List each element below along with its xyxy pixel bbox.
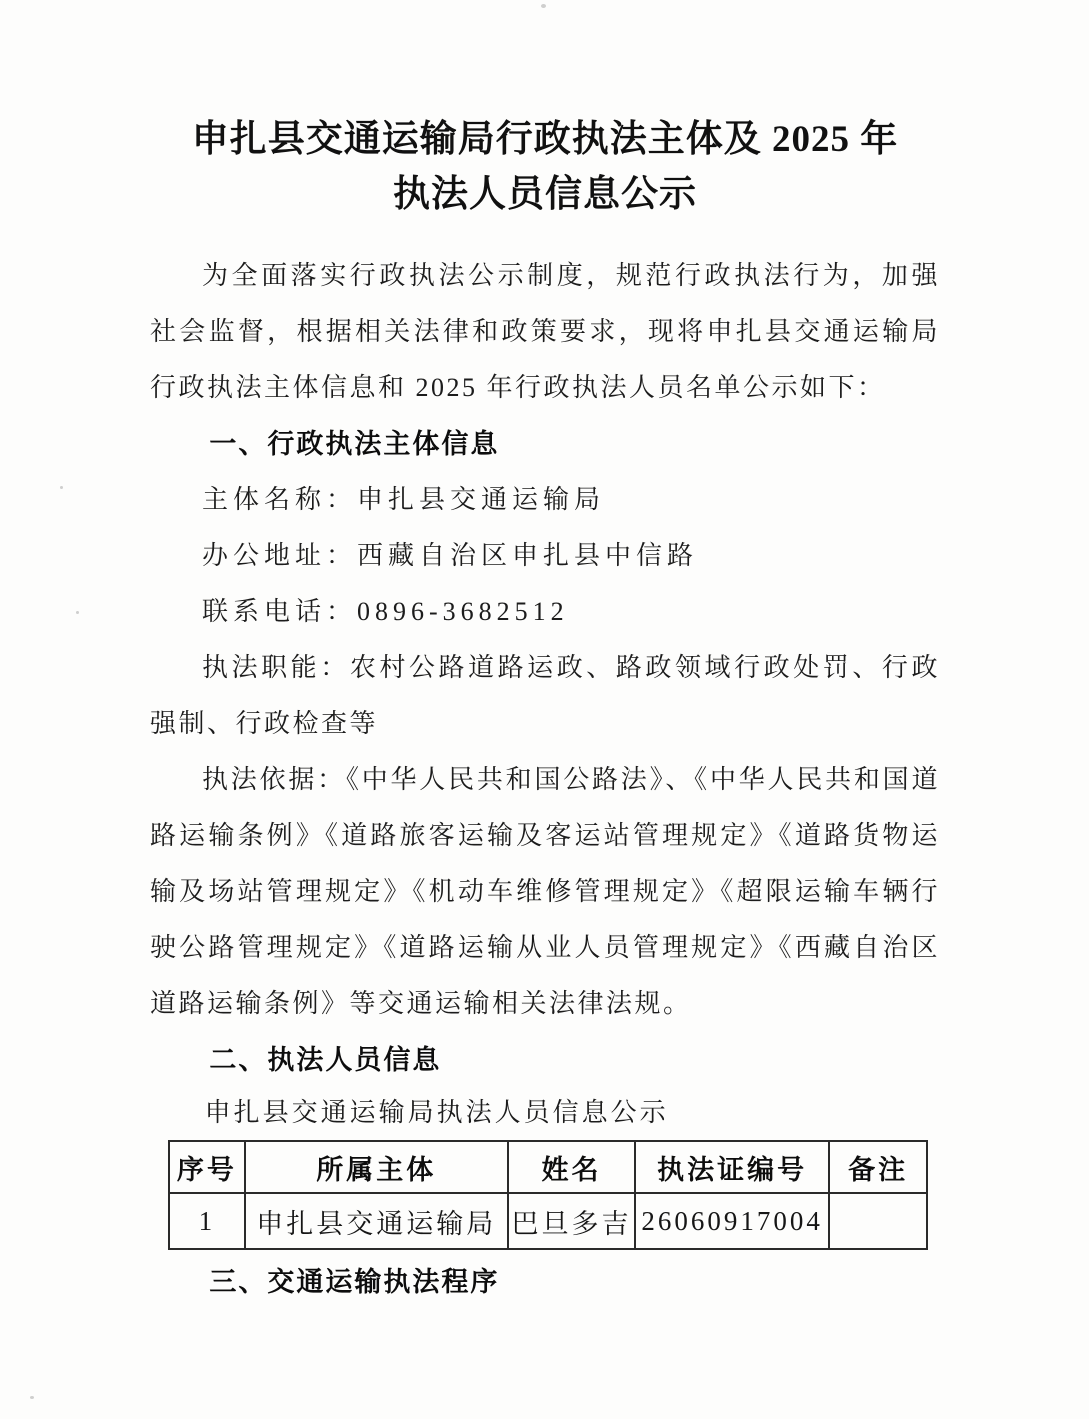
cell-name: 巴旦多吉 [508, 1193, 635, 1249]
cell-serial-number: 1 [169, 1193, 245, 1249]
field-value: 0896-3682512 [357, 597, 569, 626]
scan-speck [76, 611, 79, 614]
header-subject: 所属主体 [245, 1141, 508, 1193]
section2-heading: 二、执法人员信息 [150, 1032, 940, 1088]
scanned-document-page: { "document": { "title": { "line1": "申扎县… [0, 0, 1089, 1419]
intro-paragraph: 为全面落实行政执法公示制度，规范行政执法行为，加强社会监督，根据相关法律和政策要… [150, 248, 940, 416]
field-value: 《中华人民共和国公路法》、《中华人民共和国道路运输条例》《道路旅客运输及客运站管… [150, 765, 940, 1018]
field-value: 申扎县交通运输局 [357, 485, 605, 514]
field-label: 联系电话： [202, 597, 357, 626]
field-label: 执法职能： [202, 653, 350, 682]
field-label: 主体名称： [202, 485, 357, 514]
header-remark: 备注 [829, 1141, 927, 1193]
header-name: 姓名 [508, 1141, 635, 1193]
cell-certificate-number: 26060917004 [635, 1193, 829, 1249]
header-certificate-number: 执法证编号 [635, 1141, 829, 1193]
scan-speck [60, 486, 63, 489]
scan-speck [30, 1396, 34, 1399]
document-title-line1: 申扎县交通运输局行政执法主体及 2025 年 [150, 112, 940, 167]
scan-speck [541, 4, 546, 8]
table-row: 1 申扎县交通运输局 巴旦多吉 26060917004 [169, 1193, 927, 1249]
field-law-enforcement-functions: 执法职能：农村公路道路运政、路政领域行政处罚、行政强制、行政检查等 [150, 640, 940, 752]
section3-heading: 三、交通运输执法程序 [150, 1254, 940, 1310]
field-contact-phone: 联系电话：0896-3682512 [150, 584, 940, 640]
table-header-row: 序号 所属主体 姓名 执法证编号 备注 [169, 1141, 927, 1193]
field-subject-name: 主体名称：申扎县交通运输局 [150, 472, 940, 528]
personnel-table: 序号 所属主体 姓名 执法证编号 备注 1 申扎县交通运输局 巴旦多吉 2606… [168, 1140, 928, 1250]
field-label: 办公地址： [202, 541, 357, 570]
section1-heading: 一、行政执法主体信息 [150, 416, 940, 472]
document-title-line2: 执法人员信息公示 [150, 167, 940, 222]
document-body: 申扎县交通运输局行政执法主体及 2025 年 执法人员信息公示 为全面落实行政执… [150, 112, 940, 1310]
document-title: 申扎县交通运输局行政执法主体及 2025 年 执法人员信息公示 [150, 112, 940, 222]
cell-remark [829, 1193, 927, 1249]
field-label: 执法依据： [202, 765, 346, 794]
cell-subject: 申扎县交通运输局 [245, 1193, 508, 1249]
field-law-enforcement-basis: 执法依据：《中华人民共和国公路法》、《中华人民共和国道路运输条例》《道路旅客运输… [150, 752, 940, 1032]
field-office-address: 办公地址：西藏自治区申扎县中信路 [150, 528, 940, 584]
field-value: 西藏自治区申扎县中信路 [357, 541, 698, 570]
table-caption: 申扎县交通运输局执法人员信息公示 [150, 1088, 940, 1138]
header-serial-number: 序号 [169, 1141, 245, 1193]
